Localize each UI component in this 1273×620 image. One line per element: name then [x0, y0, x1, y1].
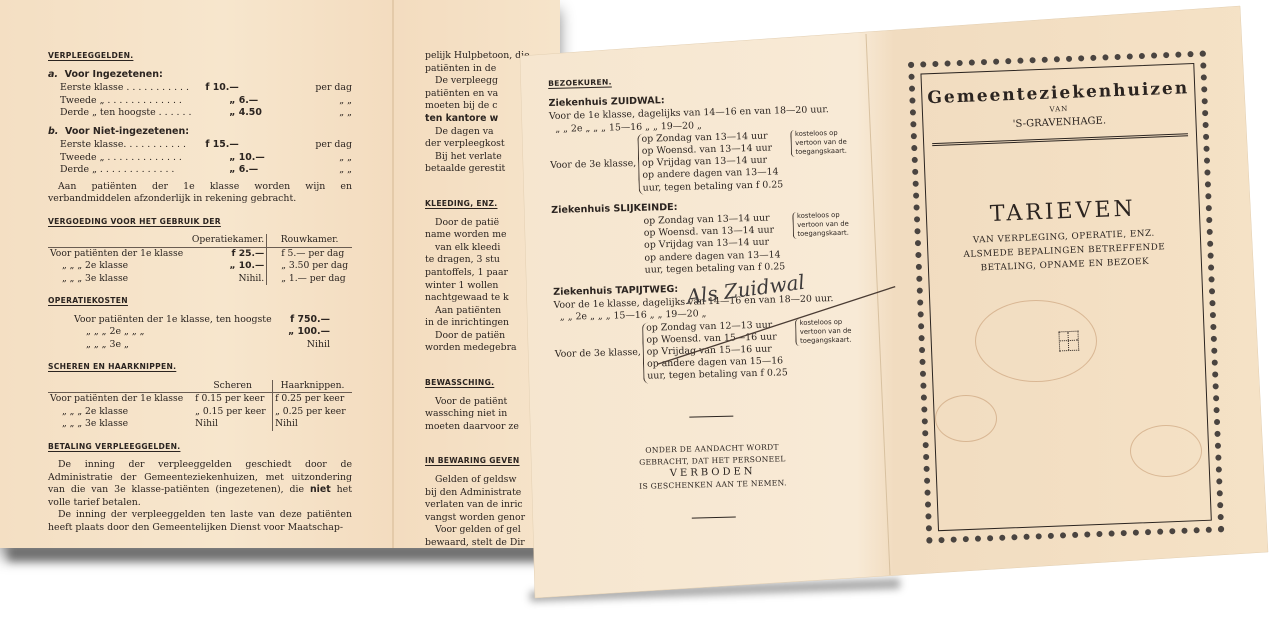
front-sheet: BEZOEKUREN. Ziekenhuis ZUIDWAL: Voor de …	[0, 0, 1273, 620]
hospital-zuidwal: Ziekenhuis ZUIDWAL: Voor de 1e klasse, d…	[548, 91, 860, 197]
cover-subtitle: VAN VERPLEGING, OPERATIE, ENZ. ALSMEDE B…	[928, 225, 1201, 277]
strike-through-line	[645, 282, 907, 368]
hospital-tapijtweg: Ziekenhuis TAPIJTWEG: Als Zuidwal Voor d…	[553, 271, 866, 385]
stain	[935, 395, 997, 442]
stain	[975, 300, 1097, 382]
visiting-hours: BEZOEKUREN. Ziekenhuis ZUIDWAL: Voor de …	[548, 70, 869, 521]
stain	[1130, 425, 1202, 477]
cover-rule	[932, 133, 1188, 146]
notice-block: ONDER DE AANDACHT WORDT GEBRACHT, DAT HE…	[556, 412, 868, 522]
hospital-slijkeinde: Ziekenhuis SLIJKEINDE: op Zondag van 13—…	[551, 197, 863, 279]
cover-big-title: TARIEVEN	[926, 194, 1199, 229]
divider	[689, 415, 733, 417]
